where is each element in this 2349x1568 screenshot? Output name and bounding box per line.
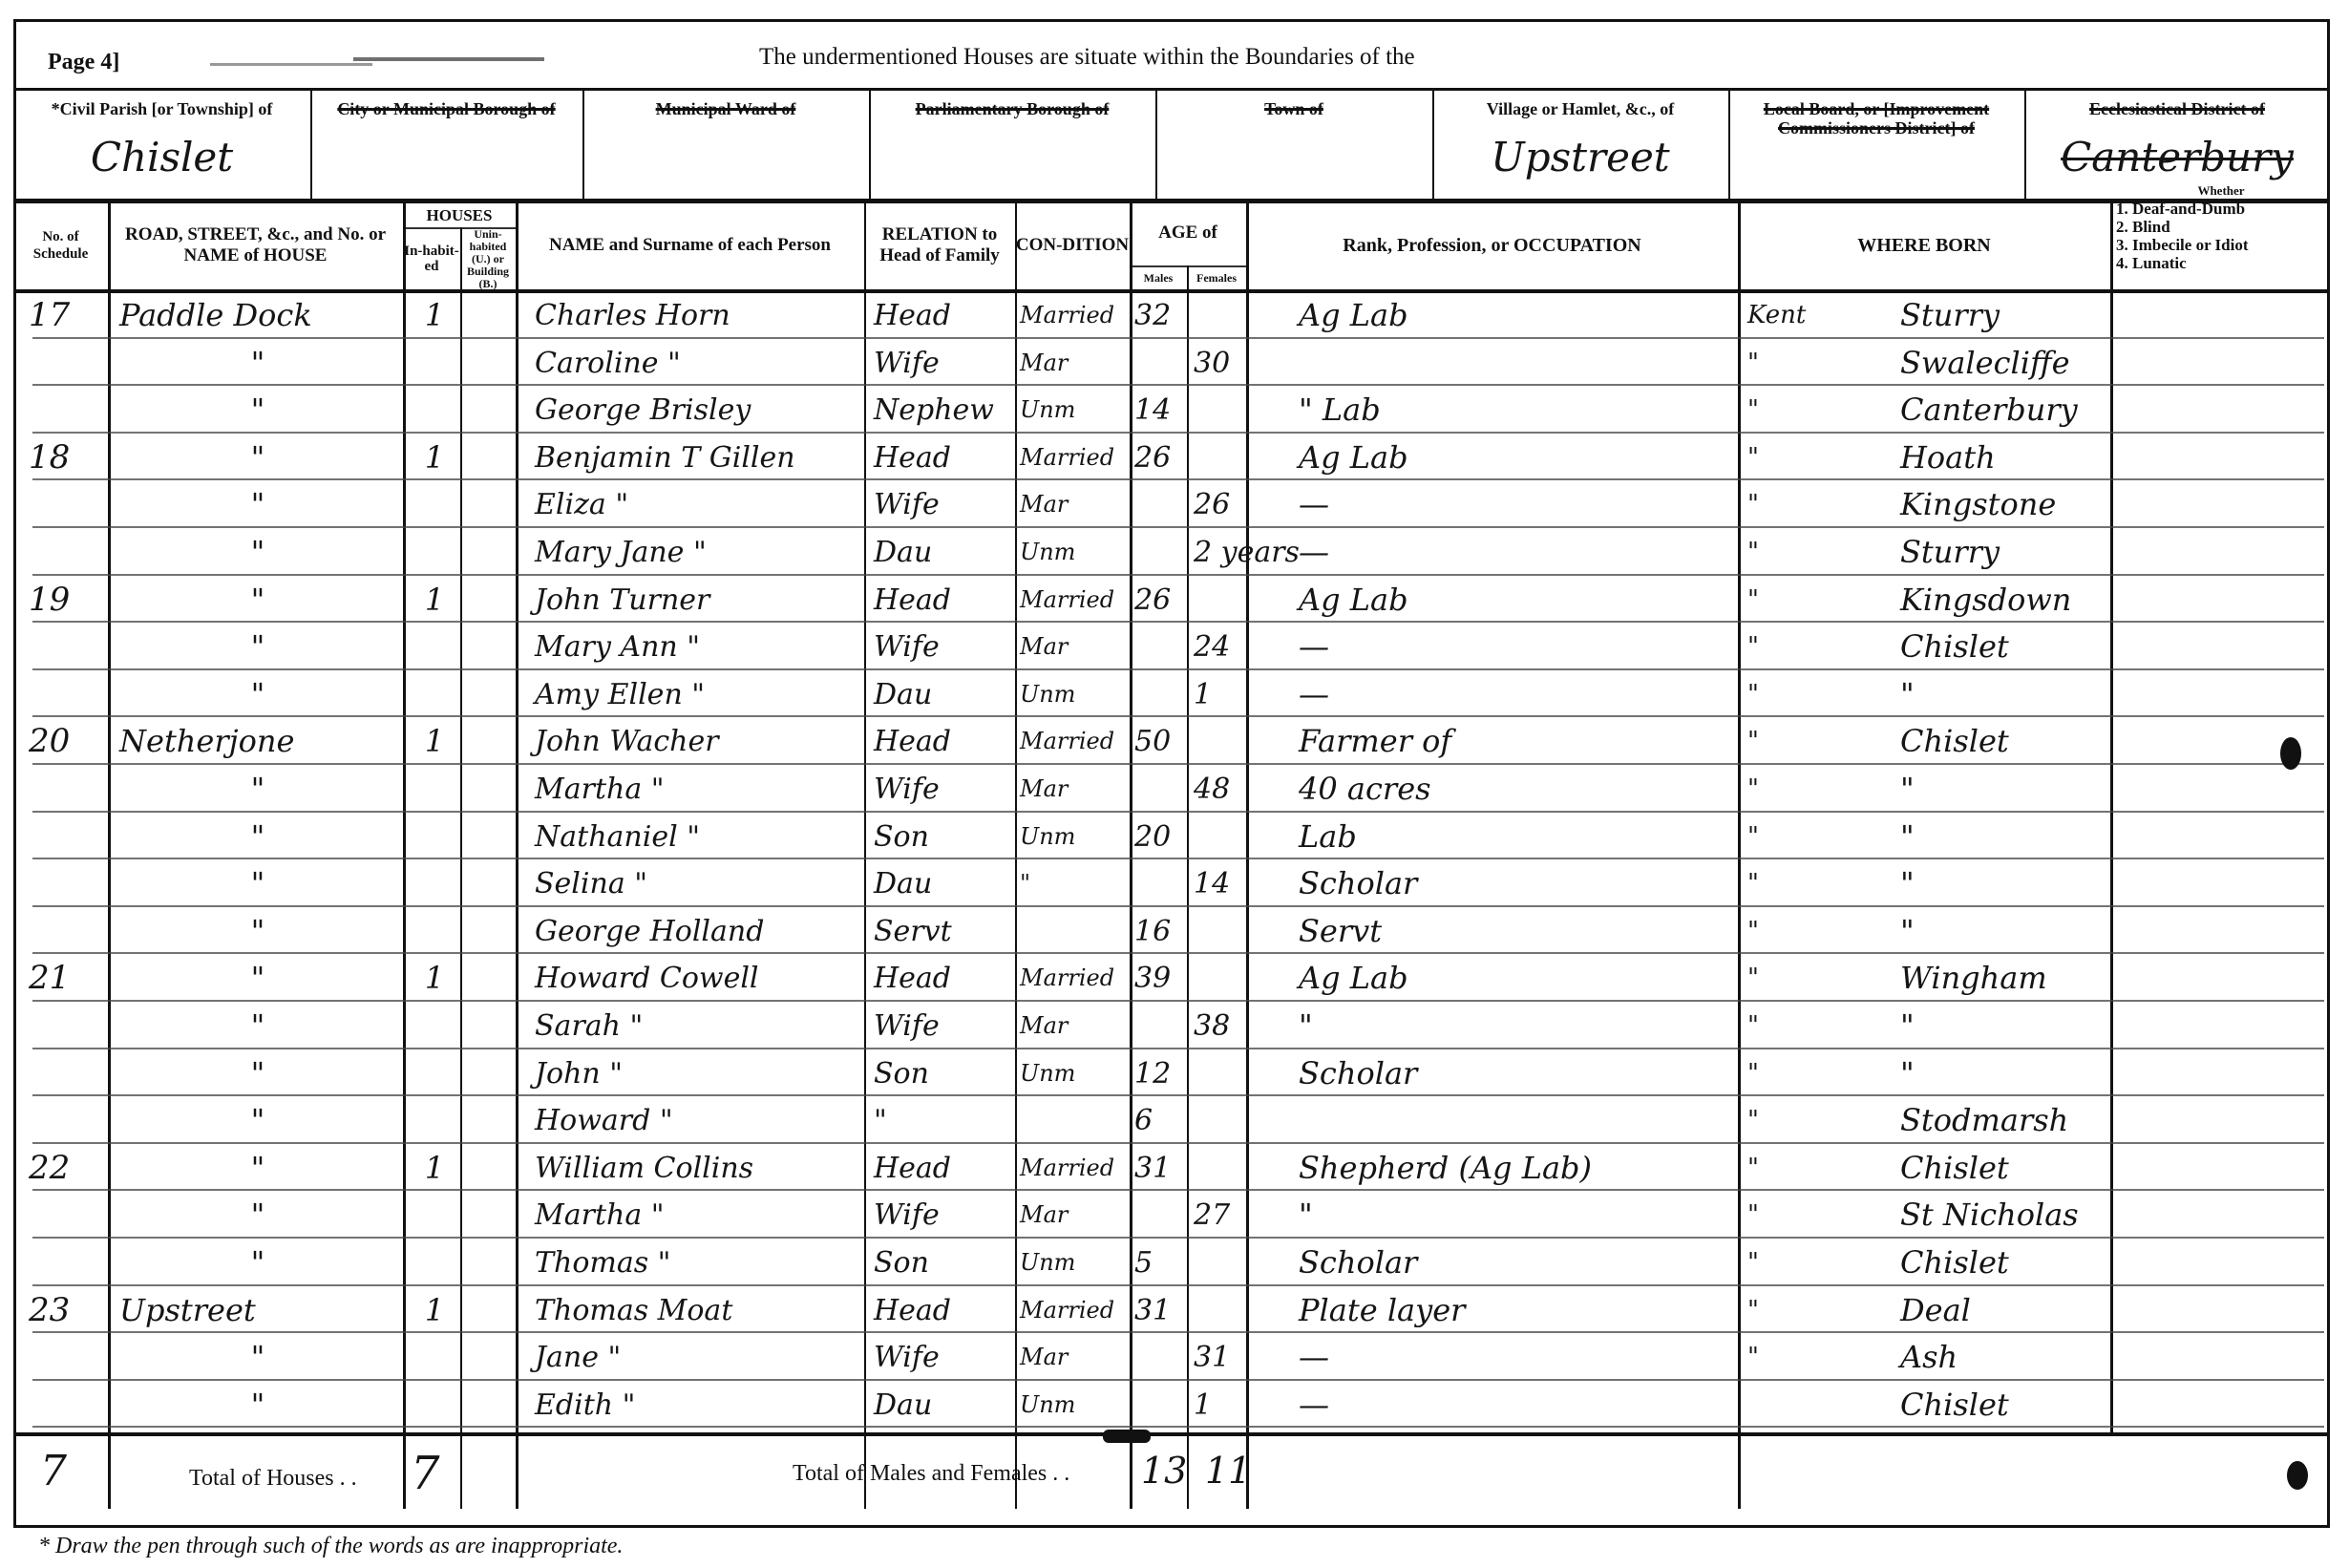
table-row[interactable]: "George HollandServt16Servt"" — [13, 909, 2330, 957]
district-divider — [1728, 90, 1730, 199]
cell-born-county: " — [1747, 815, 1833, 859]
cell-born-place: Chislet — [1900, 719, 2110, 764]
cell-condition: Mar — [1020, 482, 1130, 527]
cell-occupation: Ag Lab — [1299, 956, 1728, 1001]
cell-condition: Unm — [1020, 1383, 1130, 1428]
district-label: Parliamentary Borough of — [877, 99, 1148, 118]
col-header-road: ROAD, STREET, &c., and No. or NAME of HO… — [108, 202, 403, 288]
cell-name: Thomas Moat — [535, 1288, 864, 1333]
cell-name: Edith " — [535, 1383, 864, 1428]
header-subdivider — [403, 227, 516, 229]
col-header-males: Males — [1130, 267, 1187, 288]
cell-name: Martha " — [535, 1193, 864, 1238]
cell-road: " — [119, 341, 396, 386]
cell-relation: Wife — [874, 1335, 1015, 1380]
district-label: Village or Hamlet, &c., of — [1440, 99, 1721, 118]
cell-born-place: Sturry — [1900, 530, 2110, 575]
cell-born-county: " — [1747, 482, 1833, 527]
cell-born-county: " — [1747, 625, 1833, 669]
cell-road: " — [119, 861, 396, 906]
cell-born-county: " — [1747, 672, 1833, 717]
cell-born-county: " — [1747, 767, 1833, 812]
cell-relation: Dau — [874, 530, 1015, 575]
cell-female-age: 27 — [1194, 1193, 1260, 1238]
cell-relation: Wife — [874, 1004, 1015, 1049]
cell-relation: Son — [874, 1051, 1015, 1096]
cell-condition: Married — [1020, 719, 1130, 764]
cell-occupation: — — [1299, 625, 1728, 669]
page-number: Page 4] — [48, 50, 119, 75]
table-row[interactable]: "Sarah "WifeMar38""" — [13, 1004, 2330, 1051]
cell-born-county: " — [1747, 861, 1833, 906]
cell-born-county: " — [1747, 1335, 1833, 1380]
district-label: Local Board, or [Improvement Commissione… — [1736, 99, 2017, 138]
cell-occupation: Scholar — [1299, 861, 1728, 906]
table-row[interactable]: "Thomas "SonUnm5Scholar"Chislet — [13, 1240, 2330, 1288]
totals-divider — [13, 1432, 2330, 1436]
col-header-schedule: No. of Schedule — [13, 202, 108, 288]
cell-occupation: " — [1299, 1193, 1728, 1238]
cell-born-county: " — [1747, 1098, 1833, 1143]
total-houses-label: Total of Houses . . — [189, 1466, 357, 1492]
district-label: *Civil Parish [or Township] of — [21, 99, 303, 118]
cell-name: Charles Horn — [535, 293, 864, 338]
cell-occupation: " Lab — [1299, 388, 1728, 433]
total-schedules: 7 — [40, 1447, 67, 1495]
cell-condition: Unm — [1020, 1051, 1130, 1096]
table-row[interactable]: "Eliza "WifeMar26—"Kingstone — [13, 482, 2330, 530]
col-header-relation: RELATION to Head of Family — [864, 202, 1015, 288]
cell-inhabited: 1 — [411, 719, 458, 764]
cell-male-age: 26 — [1134, 578, 1187, 623]
cell-condition: Unm — [1020, 815, 1130, 859]
district-divider — [1155, 90, 1157, 199]
cell-condition: Mar — [1020, 1335, 1130, 1380]
cell-male-age: 5 — [1134, 1240, 1187, 1285]
cell-born-place: Chislet — [1900, 1240, 2110, 1285]
cell-male-age: 6 — [1134, 1098, 1187, 1143]
cell-schedule: 22 — [29, 1146, 105, 1191]
cell-road: " — [119, 1146, 396, 1191]
cell-schedule: 18 — [29, 435, 105, 480]
cell-road: " — [119, 578, 396, 623]
cell-name: William Collins — [535, 1146, 864, 1191]
cell-occupation: " — [1299, 1004, 1728, 1049]
cell-female-age: 38 — [1194, 1004, 1260, 1049]
cell-name: Mary Jane " — [535, 530, 864, 575]
cell-name: Benjamin T Gillen — [535, 435, 864, 480]
cell-born-place: Sturry — [1900, 293, 2110, 338]
cell-born-county: " — [1747, 1004, 1833, 1049]
cell-name: Nathaniel " — [535, 815, 864, 859]
table-row[interactable]: 23Upstreet1Thomas MoatHeadMarried31Plate… — [13, 1288, 2330, 1336]
cell-road: " — [119, 1335, 396, 1380]
cell-condition: Married — [1020, 293, 1130, 338]
cell-occupation: Ag Lab — [1299, 435, 1728, 480]
table-row[interactable]: "Caroline "WifeMar30"Swalecliffe — [13, 341, 2330, 389]
table-row[interactable]: "Howard ""6"Stodmarsh — [13, 1098, 2330, 1146]
cell-occupation: Plate layer — [1299, 1288, 1728, 1333]
cell-name: Caroline " — [535, 341, 864, 386]
col-header-houses: HOUSES — [403, 204, 516, 227]
col-header-females: Females — [1187, 267, 1246, 288]
cell-born-county: " — [1747, 1146, 1833, 1191]
cell-relation: Wife — [874, 341, 1015, 386]
cell-condition: Mar — [1020, 767, 1130, 812]
col-header-inhabited: In-habit-ed — [403, 229, 460, 288]
cell-inhabited: 1 — [411, 578, 458, 623]
district-divider — [1432, 90, 1434, 199]
cell-female-age: 30 — [1194, 341, 1260, 386]
cell-condition: Married — [1020, 1288, 1130, 1333]
district-divider — [310, 90, 312, 199]
cell-name: George Holland — [535, 909, 864, 954]
cell-condition: Unm — [1020, 1240, 1130, 1285]
cell-schedule: 20 — [29, 719, 105, 764]
cell-inhabited: 1 — [411, 435, 458, 480]
cell-born-place: " — [1900, 861, 2110, 906]
table-row[interactable]: 17Paddle Dock1Charles HornHeadMarried32A… — [13, 293, 2330, 341]
struck-header-mark — [210, 63, 372, 66]
cell-road: " — [119, 625, 396, 669]
cell-born-place: Deal — [1900, 1288, 2110, 1333]
cell-occupation: Farmer of — [1299, 719, 1728, 764]
cell-female-age: 2 years — [1194, 530, 1260, 575]
table-row[interactable]: "Jane "WifeMar31—"Ash — [13, 1335, 2330, 1383]
cell-relation: Son — [874, 1240, 1015, 1285]
cell-male-age: 14 — [1134, 388, 1187, 433]
cell-relation: Wife — [874, 625, 1015, 669]
cell-born-county: " — [1747, 1288, 1833, 1333]
cell-name: Howard Cowell — [535, 956, 864, 1001]
cell-born-place: " — [1900, 767, 2110, 812]
cell-condition: Married — [1020, 435, 1130, 480]
cell-relation: Dau — [874, 861, 1015, 906]
ink-blot — [2280, 737, 2301, 770]
col-header-name: NAME and Surname of each Person — [516, 202, 864, 288]
cell-relation: Wife — [874, 482, 1015, 527]
district-divider — [2024, 90, 2026, 199]
table-row[interactable]: "Selina "Dau"14Scholar"" — [13, 861, 2330, 909]
cell-born-county: " — [1747, 530, 1833, 575]
cell-occupation: — — [1299, 530, 1728, 575]
cell-road: Upstreet — [119, 1288, 396, 1333]
cell-road: " — [119, 815, 396, 859]
cell-occupation: Ag Lab — [1299, 293, 1728, 338]
cell-name: George Brisley — [535, 388, 864, 433]
cell-born-place: Kingsdown — [1900, 578, 2110, 623]
cell-male-age: 20 — [1134, 815, 1187, 859]
cell-name: Thomas " — [535, 1240, 864, 1285]
table-row[interactable]: "John "SonUnm12Scholar"" — [13, 1051, 2330, 1099]
cell-road: " — [119, 435, 396, 480]
cell-born-county: " — [1747, 388, 1833, 433]
cell-occupation: 40 acres — [1299, 767, 1728, 812]
district-label: Ecclesiastical District of — [2032, 99, 2322, 118]
cell-occupation: — — [1299, 672, 1728, 717]
cell-inhabited: 1 — [411, 956, 458, 1001]
cell-relation: Head — [874, 1288, 1015, 1333]
col-header-where-born: WHERE BORN — [1738, 202, 2110, 288]
cell-condition: Unm — [1020, 672, 1130, 717]
cell-male-age: 32 — [1134, 293, 1187, 338]
cell-born-county: " — [1747, 341, 1833, 386]
cell-female-age: 26 — [1194, 482, 1260, 527]
cell-name: John Turner — [535, 578, 864, 623]
ink-blot — [2287, 1461, 2308, 1490]
table-row[interactable]: "Martha "WifeMar4840 acres"" — [13, 767, 2330, 815]
cell-name: Howard " — [535, 1098, 864, 1143]
cell-male-age: 12 — [1134, 1051, 1187, 1096]
cell-male-age: 31 — [1134, 1146, 1187, 1191]
cell-road: " — [119, 482, 396, 527]
cell-name: John Wacher — [535, 719, 864, 764]
col-header-condition: CON-DITION — [1015, 202, 1130, 288]
cell-road: " — [119, 1193, 396, 1238]
cell-relation: Wife — [874, 1193, 1015, 1238]
total-females: 11 — [1205, 1450, 1251, 1492]
cell-born-place: " — [1900, 909, 2110, 954]
cell-road: " — [119, 909, 396, 954]
cell-female-age: 1 — [1194, 1383, 1260, 1428]
cell-schedule: 17 — [29, 293, 105, 338]
cell-occupation: Scholar — [1299, 1051, 1728, 1096]
total-males: 13 — [1141, 1450, 1187, 1492]
boundary-title: The undermentioned Houses are situate wi… — [759, 44, 1415, 71]
cell-born-county: " — [1747, 578, 1833, 623]
table-row[interactable]: 18"1Benjamin T GillenHeadMarried26Ag Lab… — [13, 435, 2330, 483]
cell-relation: Head — [874, 956, 1015, 1001]
cell-male-age: 26 — [1134, 435, 1187, 480]
cell-born-county: " — [1747, 1193, 1833, 1238]
cell-female-age: 1 — [1194, 672, 1260, 717]
cell-name: Amy Ellen " — [535, 672, 864, 717]
table-row[interactable]: "Mary Jane "DauUnm2 years—"Sturry — [13, 530, 2330, 578]
district-value: Canterbury — [2043, 134, 2311, 180]
cell-relation: Head — [874, 293, 1015, 338]
cell-born-place: " — [1900, 1051, 2110, 1096]
cell-road: Paddle Dock — [119, 293, 396, 338]
cell-male-age: 16 — [1134, 909, 1187, 954]
cell-road: Netherjone — [119, 719, 396, 764]
cell-born-place: Hoath — [1900, 435, 2110, 480]
cell-relation: Head — [874, 1146, 1015, 1191]
cell-name: Selina " — [535, 861, 864, 906]
table-row[interactable]: 21"1Howard CowellHeadMarried39Ag Lab"Win… — [13, 956, 2330, 1004]
total-persons-label: Total of Males and Females . . — [793, 1461, 1069, 1487]
cell-relation: Nephew — [874, 388, 1015, 433]
cell-occupation: — — [1299, 1383, 1728, 1428]
struck-header-mark — [353, 57, 544, 61]
col-header-age: AGE of — [1130, 202, 1246, 264]
cell-road: " — [119, 767, 396, 812]
district-value: Upstreet — [1451, 134, 1709, 180]
cell-male-age: 31 — [1134, 1288, 1187, 1333]
cell-relation: Head — [874, 578, 1015, 623]
cell-inhabited: 1 — [411, 1146, 458, 1191]
cell-male-age: 50 — [1134, 719, 1187, 764]
cell-relation: Dau — [874, 1383, 1015, 1428]
cell-road: " — [119, 1004, 396, 1049]
district-divider — [869, 90, 871, 199]
cell-road: " — [119, 672, 396, 717]
cell-condition: Mar — [1020, 1193, 1130, 1238]
cell-relation: Dau — [874, 672, 1015, 717]
ink-blot — [1103, 1430, 1151, 1443]
table-row[interactable]: "Nathaniel "SonUnm20Lab"" — [13, 815, 2330, 862]
cell-relation: Son — [874, 815, 1015, 859]
cell-relation: Head — [874, 719, 1015, 764]
cell-born-county: " — [1747, 909, 1833, 954]
cell-born-place: Chislet — [1900, 1146, 2110, 1191]
cell-condition: Unm — [1020, 530, 1130, 575]
district-value: Chislet — [32, 134, 291, 180]
district-label: Town of — [1163, 99, 1425, 118]
cell-road: " — [119, 956, 396, 1001]
cell-road: " — [119, 1383, 396, 1428]
col-header-infirmity: Whether1. Deaf-and-Dumb2. Blind3. Imbeci… — [2116, 181, 2326, 272]
cell-born-place: Canterbury — [1900, 388, 2110, 433]
cell-born-place: Swalecliffe — [1900, 341, 2110, 386]
cell-female-age: 31 — [1194, 1335, 1260, 1380]
cell-relation: " — [874, 1098, 1015, 1143]
cell-name: Eliza " — [535, 482, 864, 527]
cell-female-age: 48 — [1194, 767, 1260, 812]
cell-road: " — [119, 1051, 396, 1096]
cell-inhabited: 1 — [411, 293, 458, 338]
cell-condition: Married — [1020, 578, 1130, 623]
cell-born-county: " — [1747, 1240, 1833, 1285]
cell-female-age: 24 — [1194, 625, 1260, 669]
table-row[interactable]: 19"1John TurnerHeadMarried26Ag Lab"Kings… — [13, 578, 2330, 625]
infirmity-option: 3. Imbecile or Idiot — [2116, 236, 2326, 254]
cell-born-place: Kingstone — [1900, 482, 2110, 527]
cell-schedule: 21 — [29, 956, 105, 1001]
col-header-uninhabited: Unin-habited (U.) or Building (B.) — [460, 229, 516, 288]
cell-born-place: Chislet — [1900, 625, 2110, 669]
cell-road: " — [119, 388, 396, 433]
table-row[interactable]: "Edith "DauUnm1—Chislet — [13, 1383, 2330, 1430]
infirmity-option: 1. Deaf-and-Dumb — [2116, 200, 2326, 218]
cell-condition: Married — [1020, 1146, 1130, 1191]
cell-male-age: 39 — [1134, 956, 1187, 1001]
total-houses-value: 7 — [411, 1447, 440, 1500]
table-row[interactable]: "Martha "WifeMar27""St Nicholas — [13, 1193, 2330, 1240]
cell-condition: " — [1020, 861, 1130, 906]
cell-condition: Mar — [1020, 1004, 1130, 1049]
cell-born-county: Kent — [1747, 293, 1833, 338]
cell-condition: Married — [1020, 956, 1130, 1001]
cell-female-age: 14 — [1194, 861, 1260, 906]
cell-occupation: — — [1299, 1335, 1728, 1380]
cell-name: Mary Ann " — [535, 625, 864, 669]
cell-born-place: " — [1900, 815, 2110, 859]
cell-name: Sarah " — [535, 1004, 864, 1049]
district-label: Municipal Ward of — [590, 99, 861, 118]
cell-name: Jane " — [535, 1335, 864, 1380]
cell-born-county: " — [1747, 719, 1833, 764]
cell-born-place: Stodmarsh — [1900, 1098, 2110, 1143]
cell-occupation: Shepherd (Ag Lab) — [1299, 1146, 1728, 1191]
footnote: * Draw the pen through such of the words… — [38, 1534, 623, 1559]
cell-occupation: Lab — [1299, 815, 1728, 859]
cell-born-place: Wingham — [1900, 956, 2110, 1001]
table-row[interactable]: 20Netherjone1John WacherHeadMarried50Far… — [13, 719, 2330, 767]
cell-schedule: 19 — [29, 578, 105, 623]
cell-born-place: St Nicholas — [1900, 1193, 2110, 1238]
infirmity-option: 4. Lunatic — [2116, 254, 2326, 272]
cell-schedule: 23 — [29, 1288, 105, 1333]
cell-relation: Head — [874, 435, 1015, 480]
title-divider — [13, 88, 2330, 91]
cell-born-place: " — [1900, 1004, 2110, 1049]
cell-born-place: " — [1900, 672, 2110, 717]
cell-born-county: " — [1747, 1051, 1833, 1096]
table-row[interactable]: "Amy Ellen "DauUnm1—"" — [13, 672, 2330, 720]
cell-occupation: Servt — [1299, 909, 1728, 954]
cell-condition: Mar — [1020, 625, 1130, 669]
table-row[interactable]: "George BrisleyNephewUnm14" Lab"Canterbu… — [13, 388, 2330, 435]
cell-name: John " — [535, 1051, 864, 1096]
cell-occupation: Ag Lab — [1299, 578, 1728, 623]
cell-born-county: " — [1747, 435, 1833, 480]
cell-road: " — [119, 530, 396, 575]
cell-born-county: " — [1747, 956, 1833, 1001]
cell-born-place: Ash — [1900, 1335, 2110, 1380]
cell-condition: Mar — [1020, 341, 1130, 386]
cell-road: " — [119, 1240, 396, 1285]
cell-occupation: Scholar — [1299, 1240, 1728, 1285]
district-label: City or Municipal Borough of — [318, 99, 575, 118]
cell-road: " — [119, 1098, 396, 1143]
infirmity-option: Whether — [2116, 181, 2326, 200]
cell-occupation: — — [1299, 482, 1728, 527]
district-divider — [582, 90, 584, 199]
cell-born-place: Chislet — [1900, 1383, 2110, 1428]
col-header-occupation: Rank, Profession, or OCCUPATION — [1246, 202, 1738, 288]
infirmity-option: 2. Blind — [2116, 218, 2326, 236]
cell-relation: Wife — [874, 767, 1015, 812]
cell-name: Martha " — [535, 767, 864, 812]
cell-relation: Servt — [874, 909, 1015, 954]
table-row[interactable]: 22"1William CollinsHeadMarried31Shepherd… — [13, 1146, 2330, 1194]
cell-inhabited: 1 — [411, 1288, 458, 1333]
table-row[interactable]: "Mary Ann "WifeMar24—"Chislet — [13, 625, 2330, 672]
cell-condition: Unm — [1020, 388, 1130, 433]
